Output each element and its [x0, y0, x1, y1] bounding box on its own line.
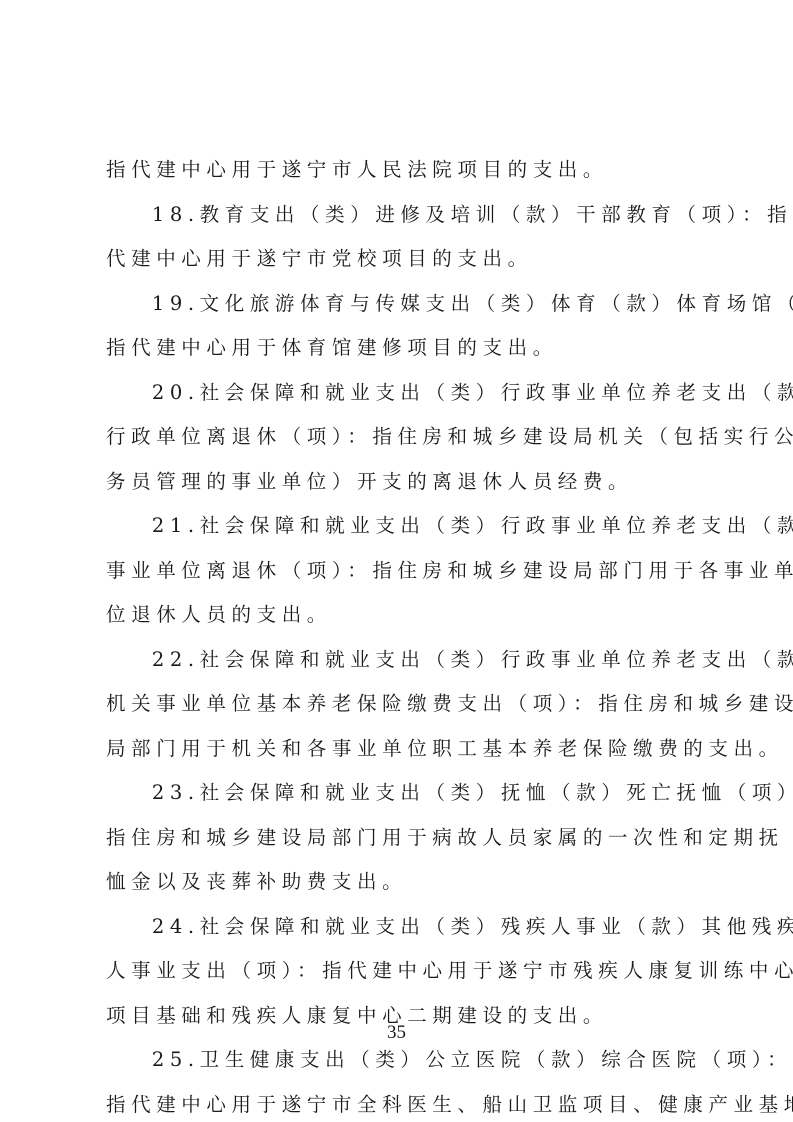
paragraph-item-19: 19.文化旅游体育与传媒支出（类）体育（款）体育场馆（项）： 指代建中心用于体育…: [106, 282, 690, 371]
text-line: 局部门用于机关和各事业单位职工基本养老保险缴费的支出。: [106, 727, 690, 772]
text-line: 25.卫生健康支出（类）公立医院（款）综合医院（项）：: [106, 1038, 690, 1083]
paragraph-item-25: 25.卫生健康支出（类）公立医院（款）综合医院（项）： 指代建中心用于遂宁市全科…: [106, 1038, 690, 1122]
text-line: 机关事业单位基本养老保险缴费支出（项）：指住房和城乡建设: [106, 682, 690, 727]
paragraph-item-24: 24.社会保障和就业支出（类）残疾人事业（款）其他残疾 人事业支出（项）：指代建…: [106, 905, 690, 1039]
paragraph-item-18: 18.教育支出（类）进修及培训（款）干部教育（项）：指 代建中心用于遂宁市党校项…: [106, 193, 690, 282]
text-line: 事业单位离退休（项）：指住房和城乡建设局部门用于各事业单: [106, 549, 690, 594]
text-line: 22.社会保障和就业支出（类）行政事业单位养老支出（款）: [106, 638, 690, 683]
text-line: 21.社会保障和就业支出（类）行政事业单位养老支出（款）: [106, 504, 690, 549]
paragraph-item-23: 23.社会保障和就业支出（类）抚恤（款）死亡抚恤（项）： 指住房和城乡建设局部门…: [106, 771, 690, 905]
text-line: 位退休人员的支出。: [106, 593, 690, 638]
text-line: 指代建中心用于体育馆建修项目的支出。: [106, 326, 690, 371]
document-body: 指代建中心用于遂宁市人民法院项目的支出。 18.教育支出（类）进修及培训（款）干…: [106, 148, 690, 1122]
paragraph-item-22: 22.社会保障和就业支出（类）行政事业单位养老支出（款） 机关事业单位基本养老保…: [106, 638, 690, 772]
text-line: 行政单位离退休（项）：指住房和城乡建设局机关（包括实行公: [106, 415, 690, 460]
paragraph-item-20: 20.社会保障和就业支出（类）行政事业单位养老支出（款） 行政单位离退休（项）：…: [106, 371, 690, 505]
text-line: 19.文化旅游体育与传媒支出（类）体育（款）体育场馆（项）：: [106, 282, 690, 327]
text-line: 20.社会保障和就业支出（类）行政事业单位养老支出（款）: [106, 371, 690, 416]
text-line: 务员管理的事业单位）开支的离退休人员经费。: [106, 460, 690, 505]
text-line: 23.社会保障和就业支出（类）抚恤（款）死亡抚恤（项）：: [106, 771, 690, 816]
text-line: 恤金以及丧葬补助费支出。: [106, 860, 690, 905]
text-line: 24.社会保障和就业支出（类）残疾人事业（款）其他残疾: [106, 905, 690, 950]
text-line: 人事业支出（项）：指代建中心用于遂宁市残疾人康复训练中心: [106, 949, 690, 994]
text-line: 指代建中心用于遂宁市人民法院项目的支出。: [106, 148, 690, 193]
page-number: 35: [0, 1022, 793, 1044]
text-line: 指住房和城乡建设局部门用于病故人员家属的一次性和定期抚: [106, 816, 690, 861]
paragraph-continuation: 指代建中心用于遂宁市人民法院项目的支出。: [106, 148, 690, 193]
text-line: 代建中心用于遂宁市党校项目的支出。: [106, 237, 690, 282]
text-line: 指代建中心用于遂宁市全科医生、船山卫监项目、健康产业基地: [106, 1083, 690, 1122]
text-line: 18.教育支出（类）进修及培训（款）干部教育（项）：指: [106, 193, 690, 238]
paragraph-item-21: 21.社会保障和就业支出（类）行政事业单位养老支出（款） 事业单位离退休（项）：…: [106, 504, 690, 638]
